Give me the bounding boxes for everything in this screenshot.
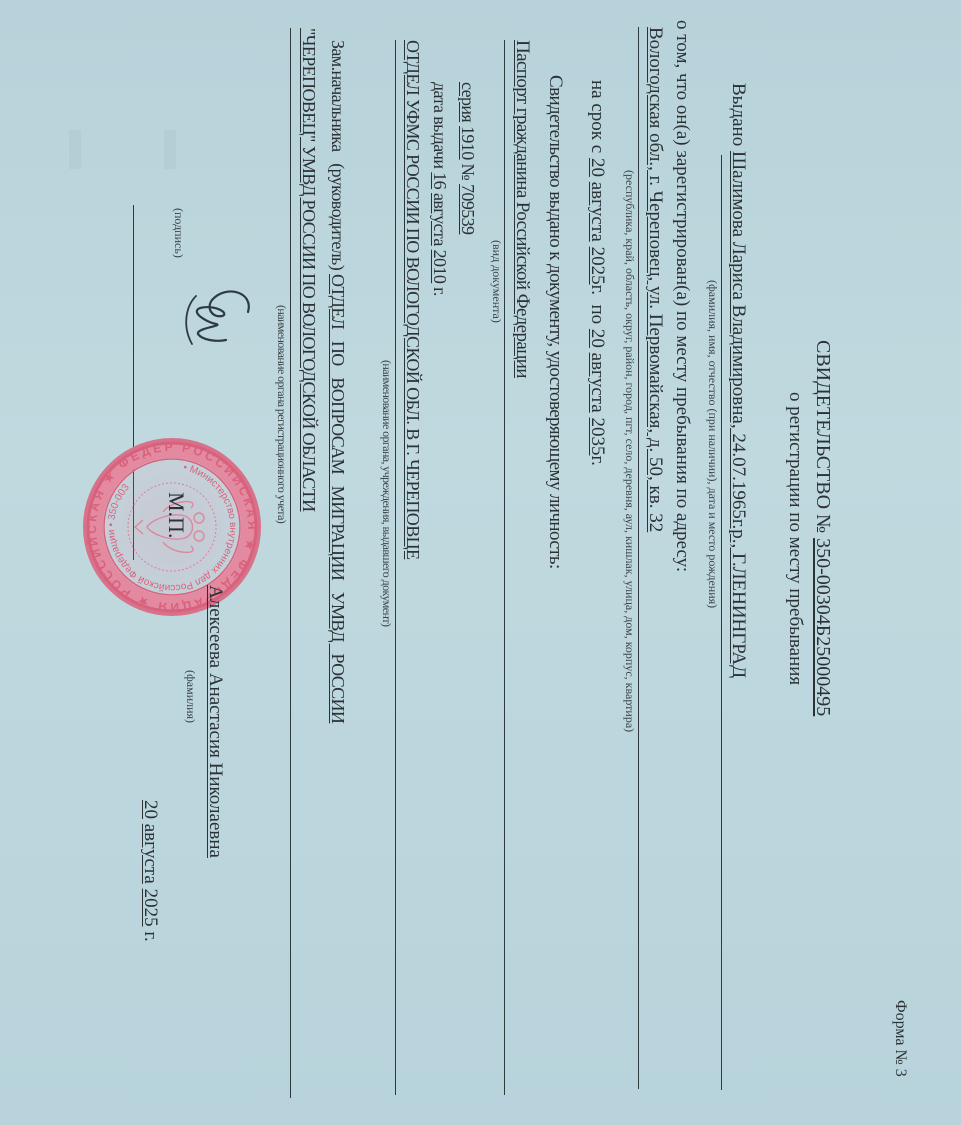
issue-date-label: дата выдачи (430, 82, 450, 168)
underline (504, 40, 505, 1095)
date-year: 2025 (140, 889, 161, 927)
official-name: Алексеева Анастасия Николаевна (204, 585, 226, 858)
authority-row: Зам.начальника (руководитель) ОТДЕЛ ПО В… (327, 40, 348, 723)
bleed-through-marks: ▒▒▒▒▒ (69, 130, 81, 169)
term-from-month: августа (587, 182, 608, 242)
underline (395, 40, 396, 1095)
underline (638, 27, 639, 1089)
year-suffix: г. (587, 285, 608, 295)
term-to-year: 2035 (587, 418, 608, 456)
bleed-through-marks: ▒▒▒▒▒ (164, 130, 176, 169)
issued-to-row: Выдано Шалимова Лариса Владимировна, 24.… (727, 83, 749, 678)
certificate-title: СВИДЕТЕЛЬСТВО № 350-00304Б25000495 (811, 340, 834, 716)
passport-series: 1910 (458, 126, 478, 160)
term-to-month: августа (587, 353, 608, 413)
id-document-caption: (вид документа) (489, 240, 504, 323)
holder-name-dob: Шалимова Лариса Владимировна, 24.07.1965… (728, 151, 749, 678)
handwritten-signature (176, 282, 256, 352)
stamp-place-label: М.П. (163, 492, 189, 538)
authority-name-line1: ОТДЕЛ ПО ВОПРОСАМ МИГРАЦИИ УМВД РОССИИ (328, 274, 348, 723)
issuer-caption: (наименование органа, учреждения, выдавш… (379, 360, 394, 626)
registration-address: Вологодская обл., г. Череповец, ул. Перв… (644, 27, 666, 532)
issued-to-label: Выдано (728, 83, 749, 146)
term-prefix: на срок с (587, 80, 608, 153)
passport-series-number: серия 1910 № 709539 (457, 82, 478, 234)
issue-year: 2010 (430, 250, 450, 284)
id-document-intro: Свидетельство выдано к документу, удосто… (544, 75, 566, 569)
date-suffix: г. (140, 931, 161, 941)
term-from-day: 20 (587, 158, 608, 177)
registration-term: на срок с 20 августа 2025г. по 20 август… (586, 80, 608, 466)
certificate-issue-date: 20 августа 2025 г. (139, 800, 161, 942)
official-position: Зам.начальника (руководитель) (328, 40, 348, 270)
issue-month: августа (430, 193, 450, 246)
form-number-label: Форма № 3 (891, 1000, 909, 1077)
term-mid: по (587, 304, 608, 324)
authority-caption: (наименование органа регистрационного уч… (274, 305, 289, 523)
underline (721, 155, 722, 1090)
id-document-type: Паспорт гражданина Российской Федерации (511, 40, 533, 378)
authority-name-line2: "ЧЕРЕПОВЕЦ" УМВД РОССИИ ПО ВОЛОГОДСКОЙ О… (298, 28, 319, 512)
certificate-number: 350-00304Б25000495 (812, 538, 834, 716)
issue-suffix: г. (430, 287, 450, 296)
number-label: № (458, 164, 478, 181)
date-month: августа (140, 824, 161, 884)
signature-caption: (подпись) (171, 208, 186, 258)
term-from-year: 2025 (587, 247, 608, 285)
underline (290, 28, 291, 1098)
registration-statement: о том, что он(а) зарегистрирован(а) по м… (671, 20, 693, 572)
holder-caption: (фамилия, имя, отчество (при наличии), д… (705, 280, 720, 608)
term-to-day: 20 (587, 329, 608, 348)
passport-issue-date: дата выдачи 16 августа 2010 г. (429, 82, 450, 296)
title-prefix: СВИДЕТЕЛЬСТВО № (812, 340, 834, 533)
official-name-caption: (фамилия) (183, 670, 198, 723)
registration-certificate: ▒▒▒▒▒ ▒▒▒▒▒ Форма № 3 СВИДЕТЕЛЬСТВО № 35… (0, 0, 961, 1125)
certificate-subtitle: о регистрации по месту пребывания (784, 392, 806, 685)
passport-issuer: ОТДЕЛ УФМС РОССИИ ПО ВОЛОГОДСКОЙ ОБЛ. В … (402, 40, 423, 559)
address-caption: (республика, край, область, округ, район… (622, 170, 637, 732)
date-day: 20 (140, 800, 161, 819)
series-label: серия (458, 82, 478, 122)
year-suffix: г. (587, 456, 608, 466)
issue-day: 16 (430, 172, 450, 189)
passport-number: 709539 (458, 184, 478, 234)
